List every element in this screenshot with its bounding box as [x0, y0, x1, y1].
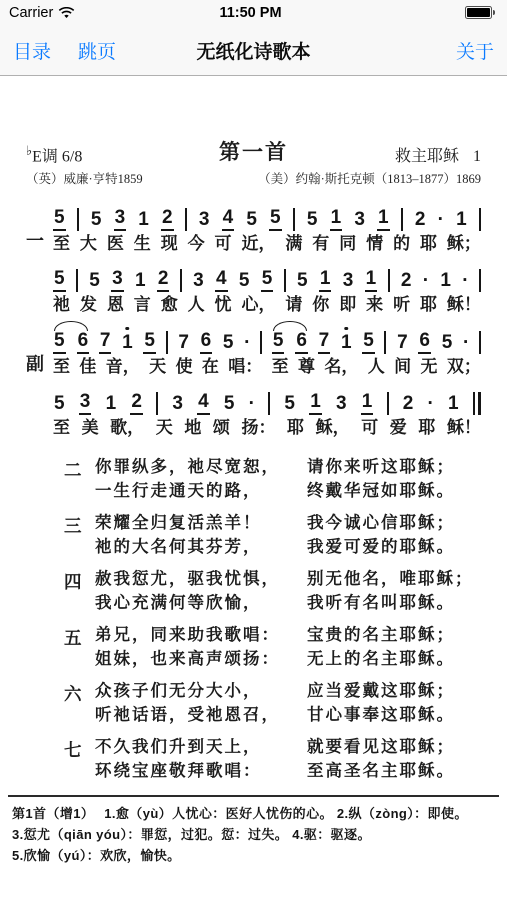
lyric-syllable: 可 — [361, 417, 378, 438]
verse-line: 环绕宝座敬拜歌唱：至高圣名主耶稣。 — [95, 760, 483, 783]
note: 5 — [53, 208, 66, 231]
system-marker: 一 — [26, 227, 44, 253]
verse-line-right: 别无他名，唯耶稣； — [307, 568, 483, 591]
lyric-syllable: 人 — [188, 294, 205, 315]
barline — [384, 331, 386, 354]
verse: 三荣耀全归复活羔羊！我今诚心信耶稣；祂的大名何其芬芳，我爱可爱的耶稣。 — [95, 512, 483, 559]
verse-number: 三 — [64, 513, 82, 538]
jump-page-button[interactable]: 跳页 — [78, 37, 116, 64]
hymn-sheet: ♭E调 6/8 第一首 救主耶稣1 （英）威廉·亨特1859 （美）约翰·斯托克… — [0, 76, 507, 866]
notes-row: 55312345551312·1 — [53, 202, 481, 231]
note: 6 — [200, 331, 213, 354]
lyric-syllable: 音， — [106, 356, 140, 377]
verse-line-right: 请你来听这耶稣； — [307, 456, 483, 479]
note: 1 — [330, 208, 343, 231]
note: 3 — [114, 208, 127, 231]
note: 7 — [177, 333, 190, 354]
lyric-syllable: 美 — [82, 417, 99, 438]
lyric-syllable: 即 — [339, 294, 356, 315]
duration-dot: · — [438, 210, 444, 231]
barline — [479, 269, 481, 292]
note: 4 — [215, 269, 228, 292]
lyrics-row: 至大医生现今可近，满有同情的耶稣； — [53, 233, 481, 254]
note: 2 — [157, 269, 170, 292]
barline — [76, 269, 78, 292]
note: 1 — [309, 392, 322, 415]
note: 3 — [79, 392, 92, 415]
note: 6 — [295, 331, 308, 354]
verse-line: 听祂话语，受祂恩召，甘心事奉这耶稣。 — [95, 704, 483, 727]
lyric-syllable: 唱： — [228, 356, 262, 377]
verse-line: 我心充满何等欣愉，我听有名叫耶稣。 — [95, 592, 483, 615]
lyric-syllable: 颂 — [213, 417, 230, 438]
verse-number: 四 — [64, 569, 82, 594]
footnote-line: 3.愆尤（qiān yóu）：罪愆，过犯。愆：过失。 4.驱：驱逐。 — [12, 825, 495, 846]
verse-line-right: 我听有名叫耶稣。 — [307, 592, 483, 615]
lyric-syllable: 的 — [393, 233, 410, 254]
note: 6 — [77, 331, 90, 354]
barline — [479, 331, 481, 354]
note: 5 — [261, 269, 274, 292]
 — [478, 392, 481, 415]
note: 7 — [396, 333, 409, 354]
note: 6 — [418, 331, 431, 354]
lyric-syllable: 恩 — [107, 294, 124, 315]
verse-number: 二 — [64, 457, 82, 482]
footnote-lead: 第1首（增1） — [12, 806, 94, 821]
note: 1 — [455, 210, 468, 231]
clock: 11:50 PM — [169, 5, 332, 21]
note: 5 — [272, 331, 285, 354]
note: 5 — [88, 271, 101, 292]
catalog-button[interactable]: 目录 — [13, 37, 51, 64]
lyricist: （英）威廉·亨特1859 — [26, 169, 143, 187]
lyric-syllable: 稣， — [316, 417, 350, 438]
lyric-syllable: 近， — [241, 233, 275, 254]
song-index: 1 — [473, 148, 481, 165]
note: 5 — [441, 333, 454, 354]
note: 1 — [447, 394, 460, 415]
lyric-syllable: 在 — [202, 356, 219, 377]
music-system: 55312345551312·1·祂发恩言愈人忧心，请你即来听耶稣！ — [26, 263, 481, 315]
verse-line-left: 弟兄，同来助我歌唱： — [95, 624, 307, 647]
lyric-syllable: 今 — [188, 233, 205, 254]
verse-line-right: 我爱可爱的耶稣。 — [307, 536, 483, 559]
music-systems: 一55312345551312·1至大医生现今可近，满有同情的耶稣；553123… — [0, 202, 507, 438]
barline — [166, 331, 168, 354]
footnote-text: 3.愆尤（qiān yóu）：罪愆，过犯。愆：过失。 4.驱：驱逐。 — [12, 827, 371, 842]
note: 5 — [283, 394, 296, 415]
about-button[interactable]: 关于 — [456, 37, 494, 64]
lyric-syllable: 至 — [53, 233, 70, 254]
verse-number: 五 — [64, 625, 82, 650]
note: 7 — [318, 331, 331, 354]
lyric-syllable: 大 — [80, 233, 97, 254]
note: 2 — [400, 271, 413, 292]
barline — [293, 208, 295, 231]
verse-line: 荣耀全归复活羔羊！我今诚心信耶稣； — [95, 512, 483, 535]
barline — [260, 331, 262, 354]
note: 5 — [53, 269, 66, 292]
note: 3 — [335, 394, 348, 415]
lyric-syllable: 至 — [272, 356, 289, 377]
verse-line-left: 听祂话语，受祂恩召， — [95, 704, 307, 727]
sheet-header: ♭E调 6/8 第一首 救主耶稣1 — [0, 136, 507, 166]
lyric-syllable: 天 — [156, 417, 173, 438]
lyric-syllable: 使 — [176, 356, 193, 377]
app-window: Carrier 11:50 PM 目录 跳页 无纸化诗歌本 关于 — [0, 0, 507, 900]
barline — [401, 208, 403, 231]
barline — [268, 392, 270, 415]
slur-group: 56 — [272, 331, 308, 354]
note: 5 — [143, 331, 156, 354]
note: 1 — [377, 208, 390, 231]
note: 4 — [197, 392, 210, 415]
lyric-syllable: 人 — [368, 356, 385, 377]
lyric-syllable: 言 — [134, 294, 151, 315]
note: 5 — [306, 210, 319, 231]
note: 2 — [130, 392, 143, 415]
lyric-syllable: 至 — [53, 356, 70, 377]
note: 1 — [365, 269, 378, 292]
note: 4 — [222, 208, 235, 231]
lyric-syllable: 心， — [241, 294, 275, 315]
carrier-label: Carrier — [9, 5, 53, 21]
lyric-syllable: 稣； — [447, 233, 481, 254]
lyric-syllable: 耶 — [287, 417, 304, 438]
note: 5 — [362, 331, 375, 354]
note: 1 — [137, 210, 150, 231]
lyric-syllable: 同 — [339, 233, 356, 254]
note: 1 — [105, 394, 118, 415]
verse-line: 祂的大名何其芬芳，我爱可爱的耶稣。 — [95, 536, 483, 559]
lyric-syllable: 现 — [161, 233, 178, 254]
barline — [387, 392, 389, 415]
navigation-bar: 目录 跳页 无纸化诗歌本 关于 — [0, 25, 507, 76]
verse-number: 七 — [64, 737, 82, 762]
lyric-syllable: 有 — [312, 233, 329, 254]
time-signature: 6/8 — [62, 148, 82, 165]
lyric-syllable: 爱 — [390, 417, 407, 438]
verse-line-right: 宝贵的名主耶稣； — [307, 624, 483, 647]
lyric-syllable: 来 — [366, 294, 383, 315]
note: 5 — [269, 208, 282, 231]
verse-line-left: 环绕宝座敬拜歌唱： — [95, 760, 307, 783]
lyrics-row: 祂发恩言愈人忧心，请你即来听耶稣！ — [53, 294, 481, 315]
status-bar: Carrier 11:50 PM — [0, 0, 507, 25]
lyric-syllable: 佳 — [79, 356, 96, 377]
song-number-title: 第一首 — [219, 136, 288, 166]
verse-line: 众孩子们无分大小，应当爱戴这耶稣； — [95, 680, 483, 703]
verse-line-left: 我心充满何等欣愉， — [95, 592, 307, 615]
verse: 二你罪纵多，祂尽宽恕，请你来听这耶稣；一生行走通天的路，终戴华冠如耶稣。 — [95, 456, 483, 503]
final-barline — [473, 392, 481, 415]
verse-line-right: 就要看见这耶稣； — [307, 736, 483, 759]
wifi-icon — [58, 7, 75, 19]
verse-line-left: 不久我们升到天上， — [95, 736, 307, 759]
barline — [479, 208, 481, 231]
verse-line-left: 荣耀全归复活羔羊！ — [95, 512, 307, 535]
duration-dot: · — [249, 394, 255, 415]
verse-line-left: 姐妹，也来高声颂扬： — [95, 648, 307, 671]
lyric-syllable: 发 — [80, 294, 97, 315]
note: 3 — [353, 210, 366, 231]
note: 5 — [53, 394, 66, 415]
verses: 二你罪纵多，祂尽宽恕，请你来听这耶稣；一生行走通天的路，终戴华冠如耶稣。三荣耀全… — [0, 456, 507, 783]
verse: 六众孩子们无分大小，应当爱戴这耶稣；听祂话语，受祂恩召，甘心事奉这耶稣。 — [95, 680, 483, 727]
battery-icon — [465, 6, 492, 19]
verse-line-left: 祂的大名何其芬芳， — [95, 536, 307, 559]
verse-line: 姐妹，也来高声颂扬：无上的名主耶稣。 — [95, 648, 483, 671]
note: 5 — [90, 210, 103, 231]
note: 1 — [340, 333, 353, 354]
composer: （美）约翰·斯托克顿（1813–1877）1869 — [258, 169, 481, 187]
lyric-syllable: 地 — [184, 417, 201, 438]
note: 1 — [319, 269, 332, 292]
duration-dot: · — [462, 271, 468, 292]
note: 5 — [245, 210, 258, 231]
verse-line: 你罪纵多，祂尽宽恕，请你来听这耶稣； — [95, 456, 483, 479]
verse-line-left: 赦我愆尤，驱我忧惧， — [95, 568, 307, 591]
lyric-syllable: 情 — [366, 233, 383, 254]
note: 5 — [53, 331, 66, 354]
barline — [388, 269, 390, 292]
lyric-syllable: 耶 — [418, 417, 435, 438]
note: 2 — [402, 394, 415, 415]
note: 1 — [121, 333, 134, 354]
verse-line-left: 众孩子们无分大小， — [95, 680, 307, 703]
duration-dot: · — [428, 394, 434, 415]
verse-line-right: 至高圣名主耶稣。 — [307, 760, 483, 783]
key-name: E调 — [32, 148, 58, 165]
 — [473, 392, 475, 415]
app-title: 无纸化诗歌本 — [196, 37, 310, 64]
lyric-syllable: 稣！ — [447, 417, 481, 438]
barline — [185, 208, 187, 231]
lyric-syllable: 扬： — [241, 417, 275, 438]
verse-line: 赦我愆尤，驱我忧惧，别无他名，唯耶稣； — [95, 568, 483, 591]
note: 3 — [111, 269, 124, 292]
verse-number: 六 — [64, 681, 82, 706]
barline — [156, 392, 158, 415]
music-system: 副56715765·56715765·至佳音，天使在唱：至尊名，人间无双； — [26, 325, 481, 377]
lyric-syllable: 歌， — [110, 417, 144, 438]
verse: 四赦我愆尤，驱我忧惧，别无他名，唯耶稣；我心充满何等欣愉，我听有名叫耶稣。 — [95, 568, 483, 615]
verse-line: 一生行走通天的路，终戴华冠如耶稣。 — [95, 480, 483, 503]
note: 7 — [99, 331, 112, 354]
verse-line-right: 无上的名主耶稣。 — [307, 648, 483, 671]
verse-line-left: 你罪纵多，祂尽宽恕， — [95, 456, 307, 479]
lyric-syllable: 间 — [394, 356, 411, 377]
note: 5 — [223, 394, 236, 415]
verse-line-left: 一生行走通天的路， — [95, 480, 307, 503]
note: 2 — [414, 210, 427, 231]
barline — [77, 208, 79, 231]
song-name: 救主耶稣1 — [288, 143, 481, 166]
lyric-syllable: 名， — [324, 356, 358, 377]
lyric-syllable: 愈 — [161, 294, 178, 315]
music-system: 一55312345551312·1至大医生现今可近，满有同情的耶稣； — [26, 202, 481, 254]
duration-dot: · — [423, 271, 429, 292]
lyric-syllable: 生 — [134, 233, 151, 254]
note: 1 — [439, 271, 452, 292]
note: 3 — [198, 210, 211, 231]
note: 5 — [238, 271, 251, 292]
footnote-line: 第1首（增1）1.愈（yù）人忧心：医好人忧伤的心。 2.纵（zòng）：即使。 — [12, 804, 495, 825]
lyric-syllable: 尊 — [298, 356, 315, 377]
notes-row: 56715765·56715765· — [53, 325, 481, 354]
verse-line: 弟兄，同来助我歌唱：宝贵的名主耶稣； — [95, 624, 483, 647]
note: 2 — [161, 208, 174, 231]
lyric-syllable: 天 — [149, 356, 166, 377]
note: 5 — [222, 333, 235, 354]
lyric-syllable: 忧 — [215, 294, 232, 315]
lyric-syllable: 无 — [421, 356, 438, 377]
lyric-syllable: 医 — [107, 233, 124, 254]
footnote-text: 5.欣愉（yú）：欢欣，愉快。 — [12, 848, 181, 863]
footnotes: 第1首（增1）1.愈（yù）人忧心：医好人忧伤的心。 2.纵（zòng）：即使。… — [8, 795, 499, 866]
lyric-syllable: 耶 — [420, 294, 437, 315]
verse-line-right: 甘心事奉这耶稣。 — [307, 704, 483, 727]
note: 1 — [134, 271, 147, 292]
lyric-syllable: 稣！ — [447, 294, 481, 315]
byline: （英）威廉·亨特1859 （美）约翰·斯托克顿（1813–1877）1869 — [0, 166, 507, 187]
note: 3 — [192, 271, 205, 292]
verse-line: 不久我们升到天上，就要看见这耶稣； — [95, 736, 483, 759]
lyric-syllable: 至 — [53, 417, 70, 438]
verse-line-right: 我今诚心信耶稣； — [307, 512, 483, 535]
note: 3 — [342, 271, 355, 292]
system-marker: 副 — [26, 350, 44, 376]
note: 5 — [296, 271, 309, 292]
lyric-syllable: 祂 — [53, 294, 70, 315]
lyric-syllable: 可 — [215, 233, 232, 254]
duration-dot: · — [244, 333, 250, 354]
lyric-syllable: 你 — [312, 294, 329, 315]
slur-group: 56 — [53, 331, 89, 354]
note: 1 — [361, 392, 374, 415]
lyrics-row: 至佳音，天使在唱：至尊名，人间无双； — [53, 356, 481, 377]
lyric-syllable: 双； — [447, 356, 481, 377]
key-signature: ♭E调 6/8 — [26, 143, 219, 166]
verse: 七不久我们升到天上，就要看见这耶稣；环绕宝座敬拜歌唱：至高圣名主耶稣。 — [95, 736, 483, 783]
notes-row: 5312345·51312·1 — [53, 386, 481, 415]
footnote-line: 5.欣愉（yú）：欢欣，愉快。 — [12, 846, 495, 867]
note: 3 — [171, 394, 184, 415]
verse: 五弟兄，同来助我歌唱：宝贵的名主耶稣；姐妹，也来高声颂扬：无上的名主耶稣。 — [95, 624, 483, 671]
barline — [284, 269, 286, 292]
lyric-syllable: 听 — [393, 294, 410, 315]
barline — [180, 269, 182, 292]
music-system: 5312345·51312·1至美歌，天地颂扬：耶稣，可爱耶稣！ — [26, 386, 481, 438]
lyric-syllable: 耶 — [420, 233, 437, 254]
lyric-syllable: 满 — [285, 233, 302, 254]
duration-dot: · — [463, 333, 469, 354]
lyric-syllable: 请 — [285, 294, 302, 315]
verse-line-right: 应当爱戴这耶稣； — [307, 680, 483, 703]
footnote-text: 1.愈（yù）人忧心：医好人忧伤的心。 2.纵（zòng）：即使。 — [104, 806, 468, 821]
verse-line-right: 终戴华冠如耶稣。 — [307, 480, 483, 503]
lyrics-row: 至美歌，天地颂扬：耶稣，可爱耶稣！ — [53, 417, 481, 438]
notes-row: 55312345551312·1· — [53, 263, 481, 292]
